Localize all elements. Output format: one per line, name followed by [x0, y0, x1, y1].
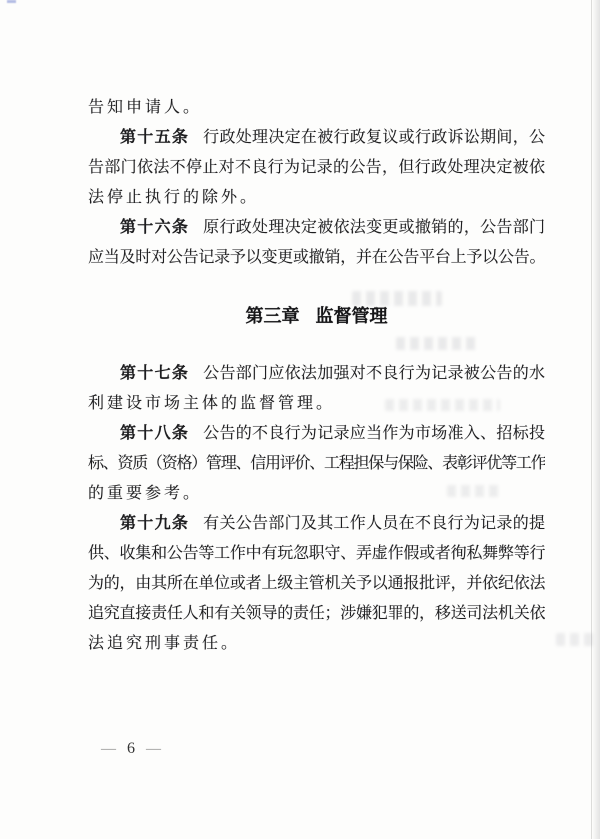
scan-bleed-artifact	[396, 337, 476, 350]
footer-right-dash: —	[146, 741, 161, 758]
scanned-document-page: 告知申请人。第十五条行政处理决定在被行政复议或行政诉讼期间，公告部门依法不停止对…	[0, 0, 600, 839]
scan-bleed-artifact	[352, 291, 442, 306]
text-line: 为的，由其所在单位或者上级主管机关予以通报批评，并依纪依法	[88, 569, 545, 599]
page-number-footer: — 6 —	[101, 740, 161, 758]
chapter-heading: 第三章监督管理	[88, 301, 545, 331]
footer-left-dash: —	[101, 741, 116, 758]
document-body: 告知申请人。第十五条行政处理决定在被行政复议或行政诉讼期间，公告部门依法不停止对…	[88, 93, 545, 659]
article-number-label: 第十五条	[120, 129, 189, 146]
chapter-title: 监督管理	[316, 306, 388, 326]
article-number-label: 第十六条	[120, 219, 189, 236]
scan-corner-artifact	[7, 0, 16, 3]
text-line: 第十八条公告的不良行为记录应当作为市场准入、招标投	[88, 419, 545, 449]
page-number: 6	[127, 740, 135, 758]
text-line: 法追究刑事责任。	[88, 629, 545, 659]
article-number-label: 第十七条	[120, 365, 189, 382]
text-line: 第十六条原行政处理决定被依法变更或撤销的，公告部门	[88, 213, 545, 243]
text-line: 告知申请人。	[88, 93, 545, 123]
article-number-label: 第十九条	[120, 515, 189, 532]
chapter-number: 第三章	[246, 306, 300, 326]
text-line: 应当及时对公告记录予以变更或撤销，并在公告平台上予以公告。	[88, 243, 545, 273]
text-line: 第十七条公告部门应依法加强对不良行为记录被公告的水	[88, 359, 545, 389]
scan-edge-shadow	[591, 0, 600, 839]
article-number-label: 第十八条	[120, 425, 189, 442]
text-line: 告部门依法不停止对不良行为记录的公告，但行政处理决定被依	[88, 153, 545, 183]
text-line: 法停止执行的除外。	[88, 183, 545, 213]
text-line: 第十五条行政处理决定在被行政复议或行政诉讼期间，公	[88, 123, 545, 153]
scan-bleed-artifact	[447, 485, 499, 497]
text-line: 标、资质（资格）管理、信用评价、工程担保与保险、表彰评优等工作	[88, 449, 545, 479]
text-line: 追究直接责任人和有关领导的责任；涉嫌犯罪的，移送司法机关依	[88, 599, 545, 629]
text-line: 第十九条有关公告部门及其工作人员在不良行为记录的提	[88, 509, 545, 539]
scan-bleed-artifact	[385, 399, 500, 411]
text-line: 供、收集和公告等工作中有玩忽职守、弄虚作假或者徇私舞弊等行	[88, 539, 545, 569]
scan-bleed-artifact	[556, 633, 594, 646]
